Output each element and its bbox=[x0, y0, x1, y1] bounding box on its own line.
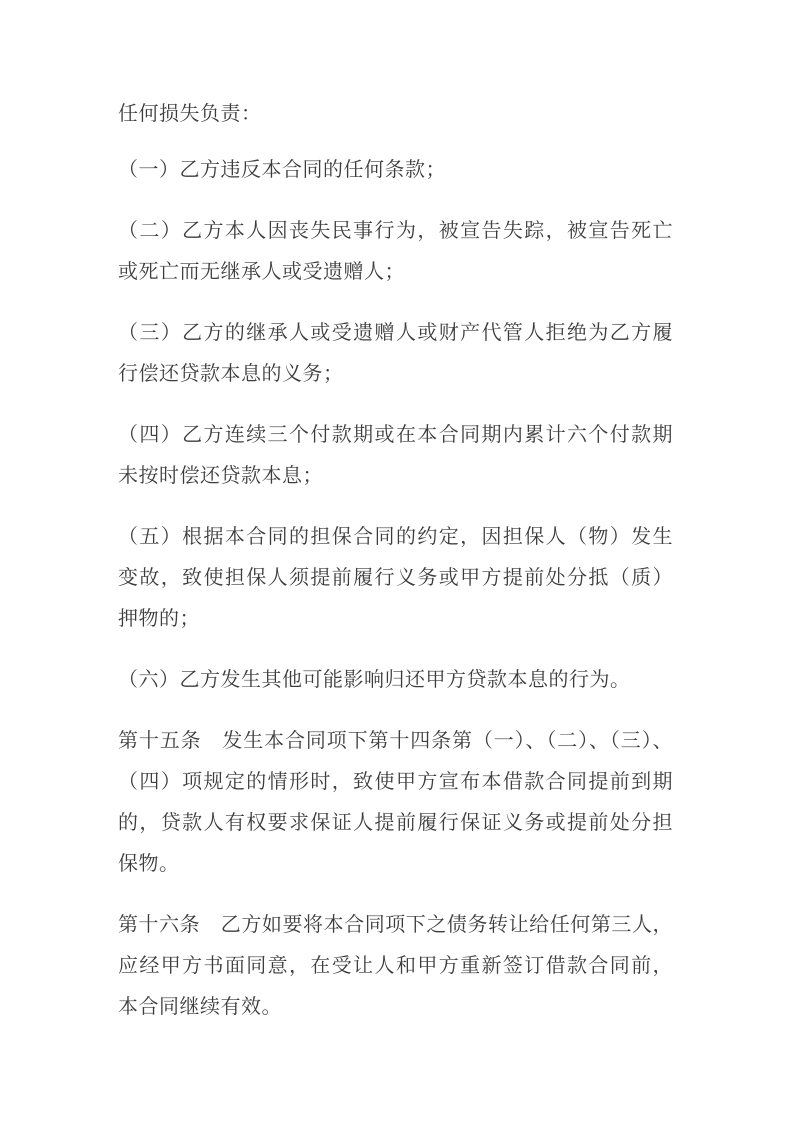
paragraph-line: 行偿还贷款本息的义务； bbox=[118, 354, 673, 395]
paragraph-line: 的，贷款人有权要求保证人提前履行保证义务或提前处分担 bbox=[118, 803, 673, 844]
paragraph-line: 本合同继续有效。 bbox=[118, 987, 673, 1028]
paragraph-line: 任何损失负责： bbox=[118, 103, 262, 125]
paragraph-line: 押物的； bbox=[118, 599, 673, 640]
paragraph-line: （二）乙方本人因丧失民事行为，被宣告失踪，被宣告死亡 bbox=[118, 211, 673, 252]
paragraph-intro: 任何损失负责： bbox=[118, 94, 673, 135]
paragraph-line: 保物。 bbox=[118, 844, 673, 885]
paragraph-line: （一）乙方违反本合同的任何条款； bbox=[118, 150, 673, 191]
paragraph-line: 应经甲方书面同意，在受让人和甲方重新签订借款合同前， bbox=[118, 946, 673, 987]
paragraph-line: （六）乙方发生其他可能影响归还甲方贷款本息的行为。 bbox=[118, 660, 673, 701]
paragraph-line: （五）根据本合同的担保合同的约定，因担保人（物）发生 bbox=[118, 517, 673, 558]
paragraph-line: 变故，致使担保人须提前履行义务或甲方提前处分抵（质） bbox=[118, 558, 673, 599]
paragraph-line: （四）项规定的情形时，致使甲方宣布本借款合同提前到期 bbox=[118, 762, 673, 803]
paragraph-line: 或死亡而无继承人或受遗赠人； bbox=[118, 252, 673, 293]
paragraph-line: 第十五条 发生本合同项下第十四条第（一）、（二）、（三）、 bbox=[118, 721, 673, 762]
paragraph-line: （四）乙方连续三个付款期或在本合同期内累计六个付款期 bbox=[118, 415, 673, 456]
document-page: 任何损失负责： （一）乙方违反本合同的任何条款； （二）乙方本人因丧失民事行为，… bbox=[0, 0, 793, 1122]
paragraph-line: （三）乙方的继承人或受遗赠人或财产代管人拒绝为乙方履 bbox=[118, 313, 673, 354]
paragraph-line: 第十六条 乙方如要将本合同项下之债务转让给任何第三人， bbox=[118, 905, 673, 946]
paragraph-line: 未按时偿还贷款本息； bbox=[118, 456, 673, 497]
